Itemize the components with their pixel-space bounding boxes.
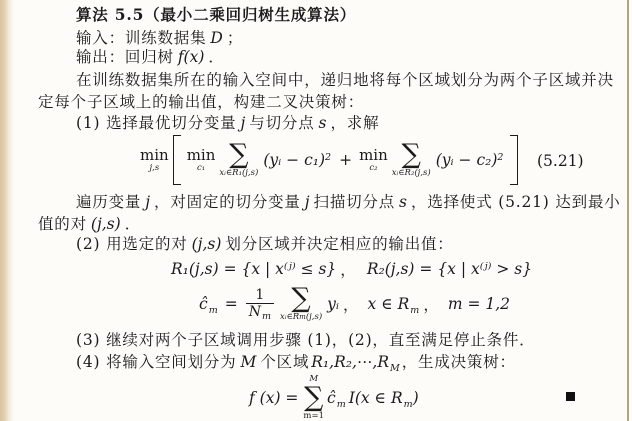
algorithm-title: 算法 5.5（最小二乘回归树生成算法）: [76, 6, 356, 23]
sigma-symbol: ∑: [304, 385, 323, 411]
step-2-post: 划分区域并决定相应的输出值：: [225, 235, 453, 253]
paragraph-1-line-2: 定每个子区域上的输出值，构建二叉决策树：: [38, 94, 364, 111]
term-1-base: (yᵢ − c₁): [263, 151, 325, 169]
min-inner2-operator: min c₂: [359, 148, 388, 173]
fx-lhs: f (x) =: [249, 389, 298, 407]
min-outer-subscript: j,s: [149, 164, 159, 173]
fraction-denominator: Nm: [246, 303, 274, 322]
output-punct: ．: [208, 48, 224, 66]
regions-list: R₁,R₂,⋯,RM: [311, 353, 399, 371]
var-j: j: [305, 193, 310, 211]
term-1-exponent: 2: [325, 152, 331, 163]
end-of-algorithm-marker: [566, 392, 575, 401]
sum-lower-limit: m=1: [303, 412, 324, 421]
limit-post: (j,s): [306, 312, 322, 322]
line-output: 输出：回归树f(x)．: [76, 49, 225, 66]
sum-1: ∑ xᵢ∈R₁(j,s): [219, 142, 258, 178]
region-1-definition: R₁(j,s) = {x | x⁽ʲ⁾ ≤ s}: [171, 260, 336, 278]
indicator-close: ): [413, 389, 419, 407]
var-M: M: [240, 353, 256, 371]
step-2-line: (2) 用选定的对(j,s)划分区域并决定相应的输出值：: [76, 236, 454, 253]
p2-mid2: 扫描切分点: [314, 193, 396, 211]
N-subscript: m: [262, 311, 271, 322]
min-c2-subscript: c₂: [369, 164, 377, 173]
c-hat-symbol: ĉ: [199, 295, 208, 313]
min-inner1-operator: min c₁: [187, 148, 216, 173]
c-hat-m: ĉm: [327, 389, 346, 407]
sigma-symbol: ∑: [402, 142, 421, 168]
separator-comma: ，: [423, 293, 439, 315]
regions-list-subscript: M: [390, 363, 400, 374]
sum-m: ∑ xᵢ∈Rm(j,s): [280, 286, 322, 322]
sigma-symbol: ∑: [229, 142, 248, 168]
limit-pre: xᵢ∈R: [280, 312, 299, 322]
indicator-R-subscript: m: [404, 399, 413, 410]
sum-1-limit: xᵢ∈R₁(j,s): [219, 169, 258, 178]
c-hat-symbol: ĉ: [327, 389, 336, 407]
sum-M: M ∑ m=1: [303, 375, 324, 421]
var-s: s: [319, 114, 327, 132]
page-right-edge-line: [627, 0, 629, 421]
p2b-post: ．: [125, 215, 141, 233]
y-i-term: yᵢ: [327, 295, 339, 313]
paragraph-2-line-1: 遍历变量j，对固定的切分变量j扫描切分点s，选择使式 (5.21) 达到最小: [76, 194, 621, 211]
step-2-pre: (2) 用选定的对: [76, 235, 188, 253]
sigma-symbol: ∑: [291, 286, 310, 312]
min-word: min: [359, 148, 388, 163]
p2-mid1: ，对固定的切分变量: [154, 193, 301, 211]
x-in-region: x ∈ Rm: [368, 295, 420, 313]
step-4-line: (4) 将输入空间划分为M个区域R₁,R₂,⋯,RM，生成决策树：: [76, 354, 516, 373]
equation-number-5-21: (5.21): [537, 152, 584, 170]
step-4-mid: 个区域: [260, 353, 309, 371]
line-input: 输入：训练数据集D；: [76, 30, 243, 47]
limit-m-sub: m: [299, 313, 306, 321]
step-1-text: (1) 选择最优切分变量: [76, 114, 236, 132]
var-D: D: [210, 29, 222, 47]
indicator-pre: I(x ∈ R: [349, 389, 403, 407]
c-hat: ĉm: [199, 295, 218, 313]
sum-2: ∑ xᵢ∈R₂(j,s): [392, 142, 431, 178]
sum-m-limit: xᵢ∈Rm(j,s): [280, 313, 322, 322]
pair-js: (j,s): [91, 215, 121, 233]
min-outer-operator: min j,s: [140, 148, 169, 173]
term-1: (yᵢ − c₁)2: [263, 151, 331, 169]
fraction-numerator: 1: [249, 287, 270, 303]
book-page: 算法 5.5（最小二乘回归树生成算法） 输入：训练数据集D； 输出：回归树f(x…: [0, 0, 632, 421]
sum-2-limit: xᵢ∈R₂(j,s): [392, 169, 431, 178]
separator-comma: ，: [340, 258, 356, 280]
p2b-pre: 值的对: [38, 215, 87, 233]
step-3-line: (3) 继续对两个子区域调用步骤 (1)，(2)，直至满足停止条件．: [76, 332, 535, 349]
var-s: s: [399, 193, 407, 211]
R-subscript: m: [410, 305, 419, 316]
page-left-edge: [0, 0, 14, 421]
regions-list-base: R₁,R₂,⋯,R: [311, 353, 389, 371]
paragraph-2-line-2: 值的对(j,s)．: [38, 216, 141, 233]
plus-sign: +: [339, 151, 352, 169]
paragraph-1-line-1: 在训练数据集所在的输入空间中，递归地将每个区域划分为两个子区域并决: [76, 72, 614, 89]
term-2-exponent: 2: [497, 152, 503, 163]
formula-regions: R₁(j,s) = {x | x⁽ʲ⁾ ≤ s} ， R₂(j,s) = {x …: [168, 258, 535, 280]
output-label: 输出：回归树: [76, 48, 174, 66]
fraction-1-over-Nm: 1 Nm: [246, 287, 274, 322]
c-hat-subscript: m: [209, 305, 218, 316]
x-in-R: x ∈ R: [368, 295, 410, 313]
formula-fx: f (x) = M ∑ m=1 ĉm I(x ∈ Rm): [246, 377, 422, 419]
right-bracket: [510, 135, 518, 185]
region-2-definition: R₂(j,s) = {x | x⁽ʲ⁾ > s}: [367, 260, 532, 278]
equals-sign: =: [225, 295, 238, 313]
term-2-base: (yᵢ − c₂): [436, 151, 498, 169]
N-symbol: N: [249, 304, 261, 320]
step-1-post: ，求解: [330, 114, 379, 132]
pair-js: (j,s): [192, 235, 222, 253]
formula-5-21: min j,s min c₁ ∑ xᵢ∈R₁(j,s) (yᵢ − c₁)2 +…: [138, 134, 520, 186]
input-punct: ；: [227, 29, 243, 47]
min-word: min: [187, 148, 216, 163]
min-c1-subscript: c₁: [197, 164, 205, 173]
var-fx: f(x): [178, 48, 205, 66]
input-label: 输入：训练数据集: [76, 29, 206, 47]
var-j: j: [240, 114, 245, 132]
min-word: min: [140, 148, 169, 163]
step-1-line: (1) 选择最优切分变量j与切分点s，求解: [76, 115, 379, 132]
c-hat-subscript: m: [337, 399, 346, 410]
p2-post: ，选择使式 (5.21) 达到最小: [411, 193, 621, 211]
indicator-term: I(x ∈ Rm): [349, 389, 419, 407]
p2-pre: 遍历变量: [76, 193, 141, 211]
step-4-pre: (4) 将输入空间划分为: [76, 353, 236, 371]
m-equals-1-2: m = 1,2: [448, 295, 510, 313]
left-bracket: [173, 135, 181, 185]
var-j: j: [145, 193, 150, 211]
separator-comma: ，: [343, 293, 359, 315]
formula-c-hat: ĉm = 1 Nm ∑ xᵢ∈Rm(j,s) yᵢ ， x ∈ Rm ， m =…: [196, 284, 513, 324]
term-2: (yᵢ − c₂)2: [436, 151, 504, 169]
step-1-mid: 与切分点: [249, 114, 314, 132]
step-4-post: ，生成决策树：: [402, 353, 516, 371]
